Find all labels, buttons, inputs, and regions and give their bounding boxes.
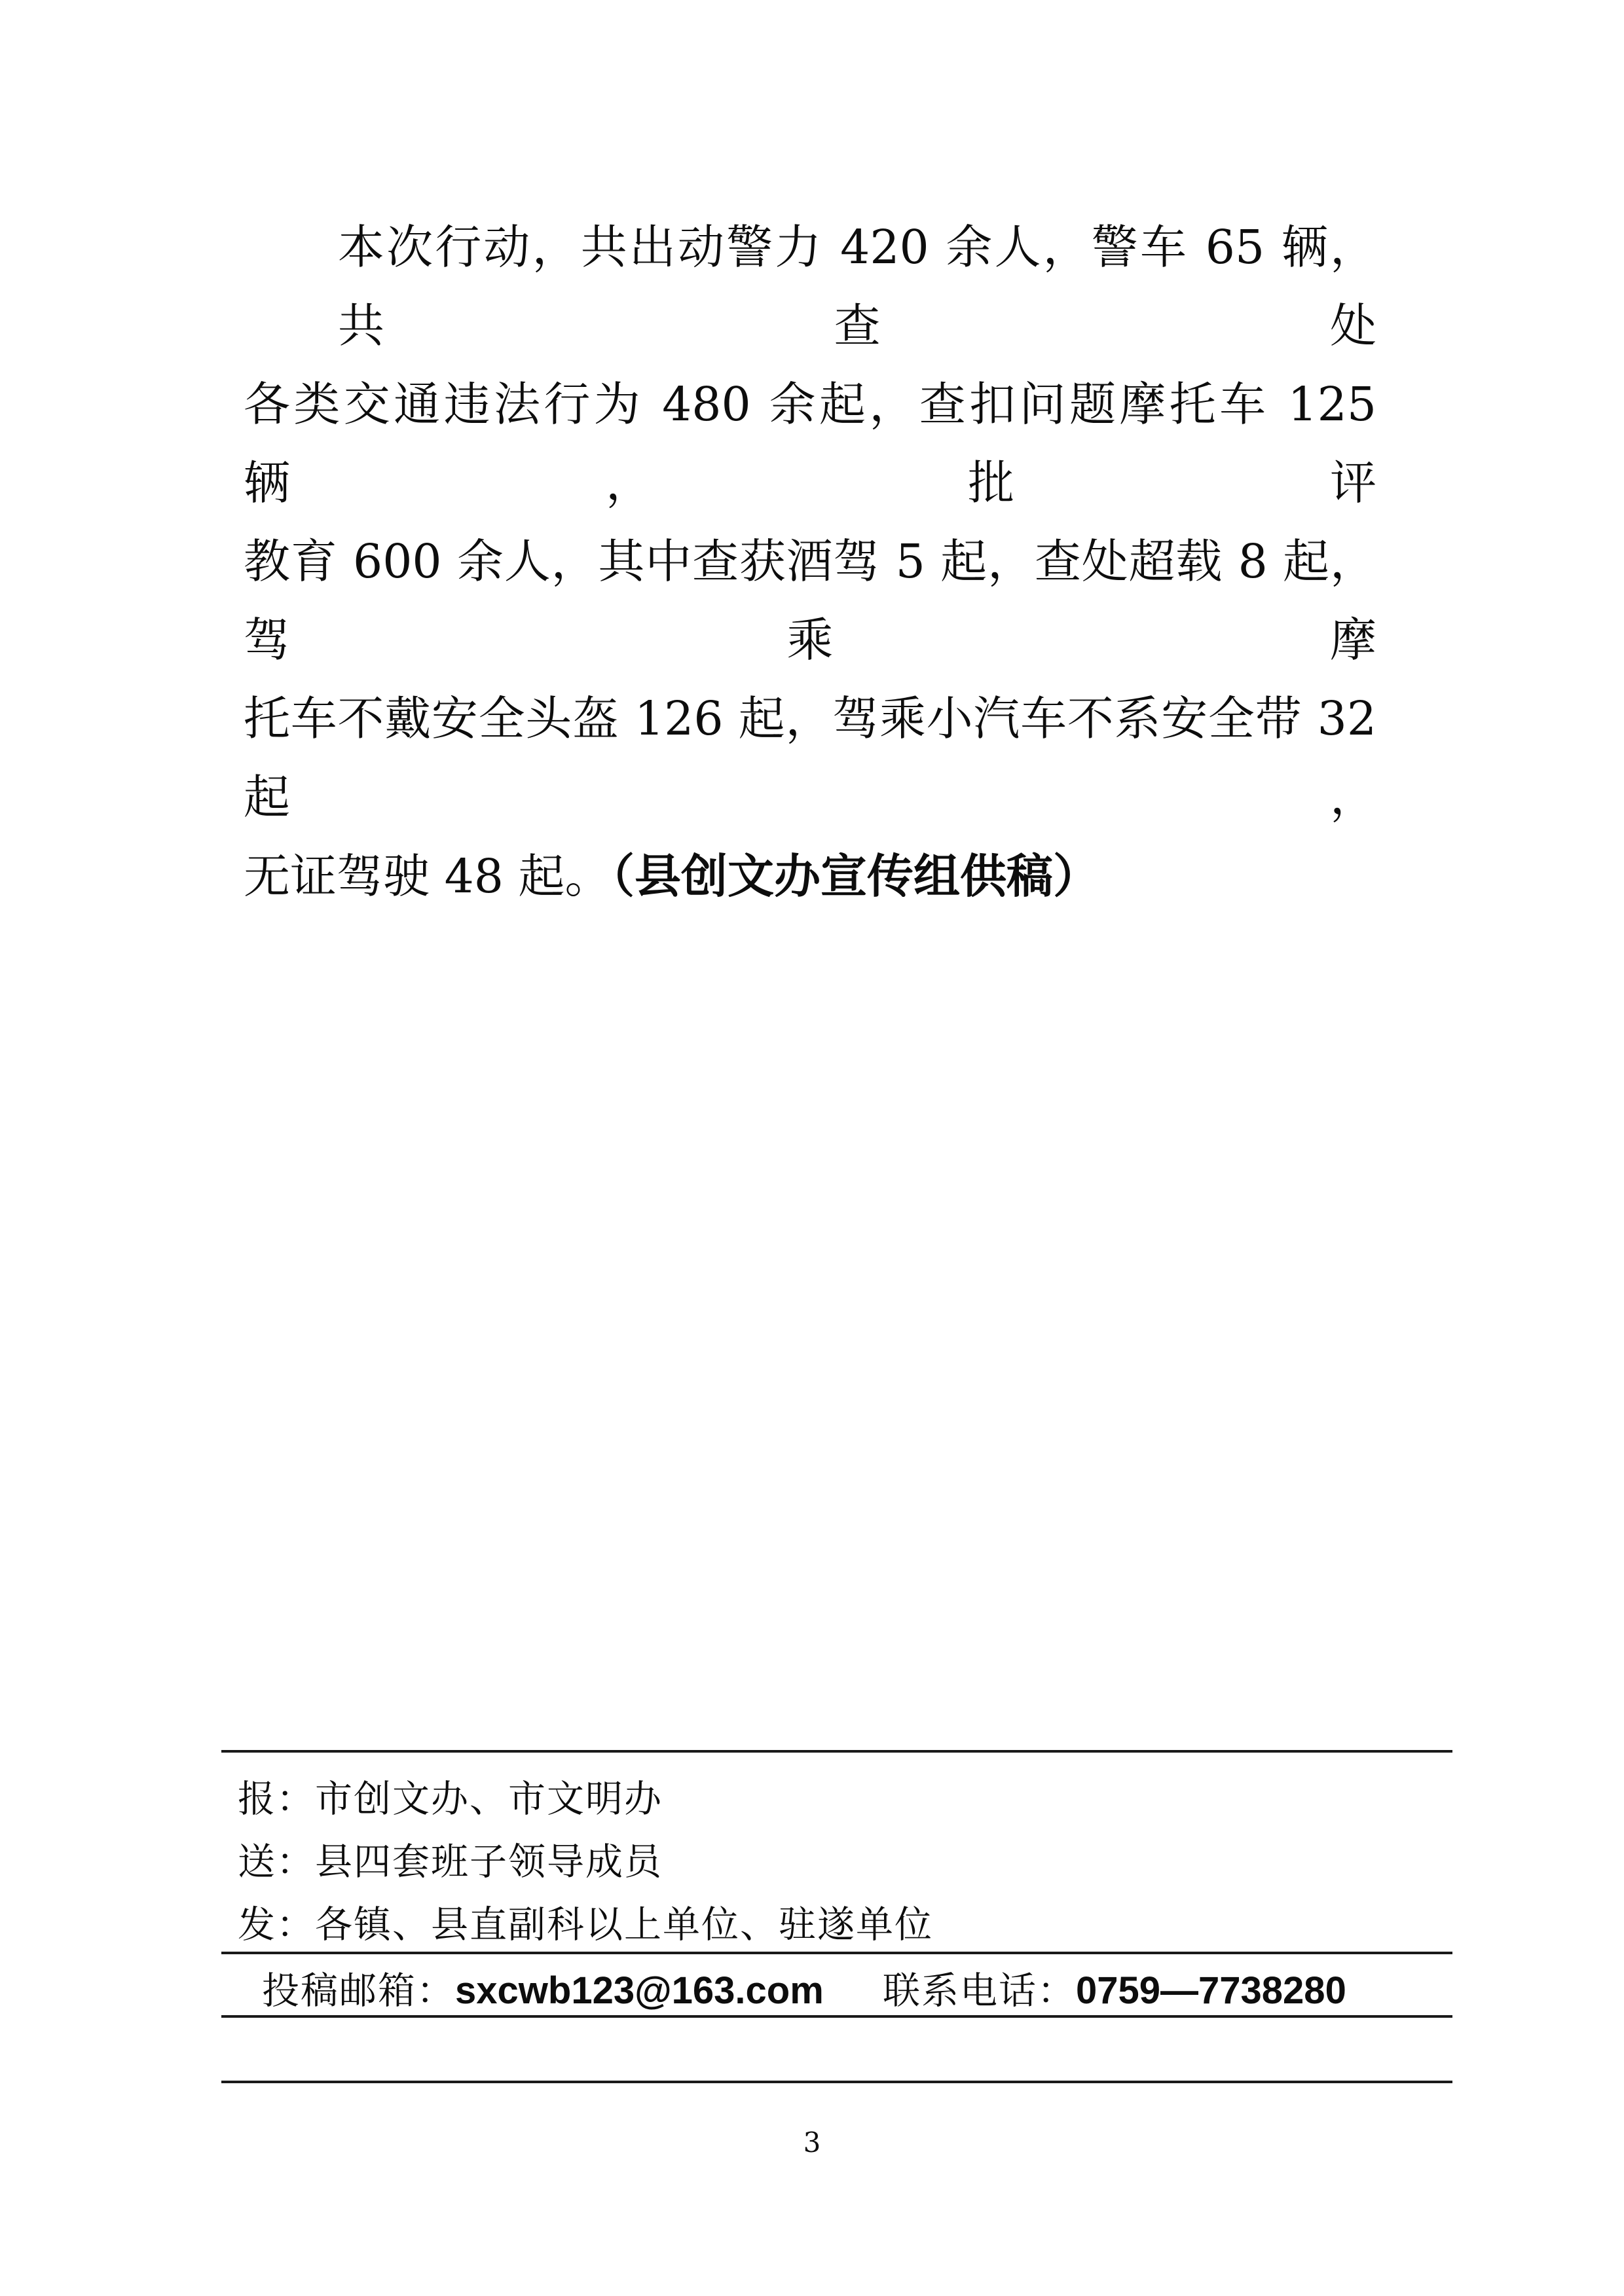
distribution-issue-line: 发：各镇、县直副科以上单位、驻遂单位 — [238, 1893, 1456, 1956]
paragraph-line-2: 各类交通违法行为 480 余起，查扣问题摩托车 125 辆，批评 — [244, 365, 1376, 522]
document-page: 本次行动，共出动警力 420 余人，警车 65 辆，共查处 各类交通违法行为 4… — [0, 0, 1624, 2296]
paragraph-line-3: 教育 600 余人，其中查获酒驾 5 起，查处超载 8 起，驾乘摩 — [244, 522, 1376, 680]
page-number: 3 — [0, 2126, 1624, 2159]
distribution-list: 报：市创文办、市文明办 送：县四套班子领导成员 发：各镇、县直副科以上单位、驻遂… — [238, 1768, 1456, 1956]
submission-mailbox: 投稿邮箱：sxcwb123@163.com — [262, 1965, 824, 2016]
footer-bottom-rule — [221, 2081, 1452, 2083]
mailbox-label: 投稿邮箱： — [262, 1969, 455, 2013]
mailbox-email: sxcwb123@163.com — [455, 1969, 824, 2012]
contact-phone: 联系电话：0759—7738280 — [883, 1965, 1346, 2016]
contributor-credit: （县创文办宣传组供稿） — [611, 848, 1099, 903]
paragraph-line-5-text: 无证驾驶 48 起。 — [244, 849, 611, 903]
phone-number: 0759—7738280 — [1076, 1969, 1346, 2012]
paragraph-line-5: 无证驾驶 48 起。（县创文办宣传组供稿） — [244, 837, 1376, 916]
paragraph-line-1: 本次行动，共出动警力 420 余人，警车 65 辆，共查处 — [244, 208, 1376, 365]
main-paragraph: 本次行动，共出动警力 420 余人，警车 65 辆，共查处 各类交通违法行为 4… — [244, 208, 1376, 916]
phone-label: 联系电话： — [883, 1969, 1076, 2013]
distribution-report-line: 报：市创文办、市文明办 — [238, 1768, 1456, 1831]
contact-row: 投稿邮箱：sxcwb123@163.com 联系电话：0759—7738280 — [238, 1965, 1456, 2016]
footer-top-rule — [221, 1750, 1452, 1753]
paragraph-line-4: 托车不戴安全头盔 126 起，驾乘小汽车不系安全带 32 起， — [244, 680, 1376, 837]
distribution-send-line: 送：县四套班子领导成员 — [238, 1831, 1456, 1893]
